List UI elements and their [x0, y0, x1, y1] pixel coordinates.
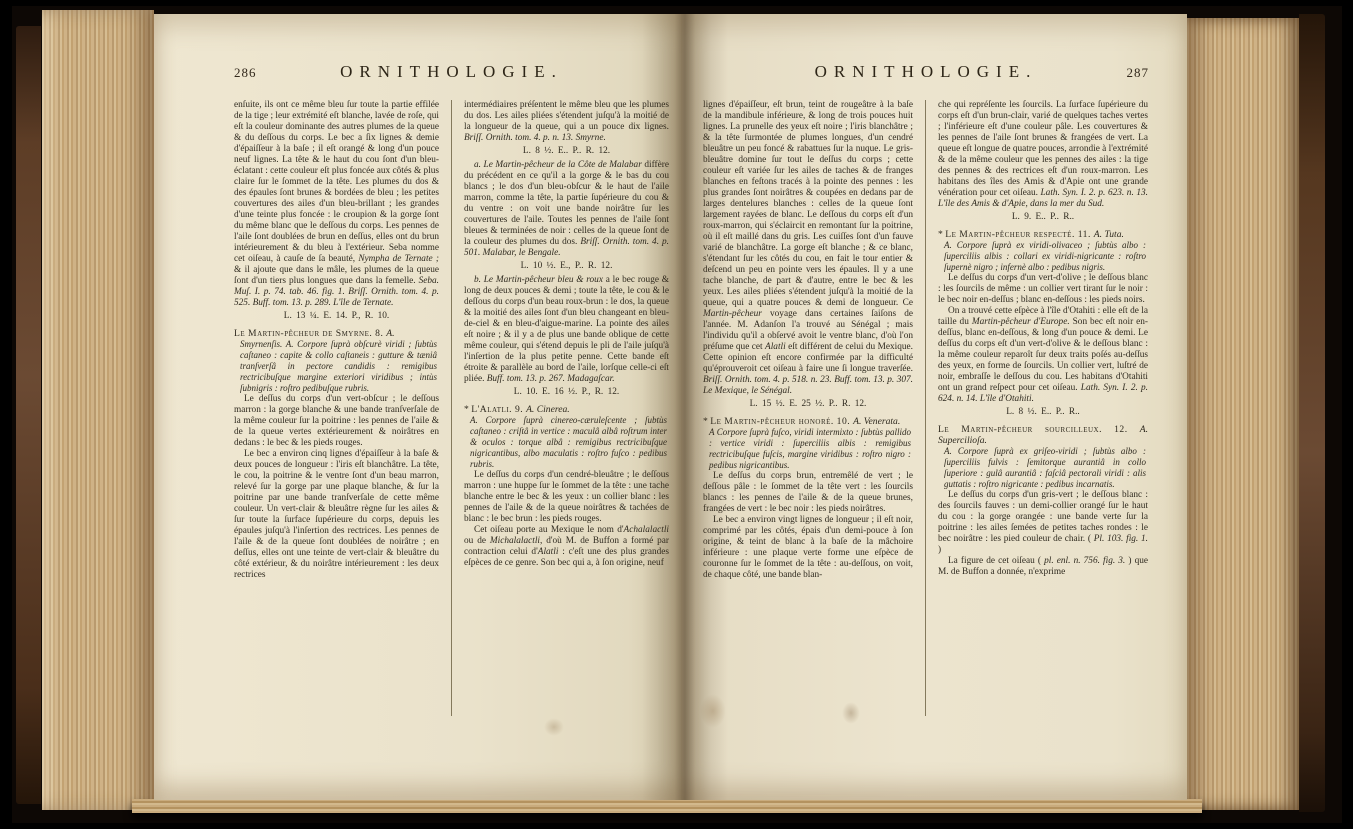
text-segment: a. Le Martin-pêcheur de la Côte de Malab… — [474, 160, 642, 170]
book: 286 ORNITHOLOGIE. enſuite, ils ont ce mê… — [12, 6, 1342, 823]
text-block-cont: che qui repréſente les ſourcils. La ſurf… — [938, 100, 1148, 210]
text-block-latin: Smyrnenſis. A. Corpore ſuprà obſcurè vir… — [240, 339, 437, 394]
text-segment: b. Le Martin-pêcheur bleu & roux — [474, 275, 603, 285]
text-segment: & il ajoute que dans le mâle, les plumes… — [234, 265, 439, 286]
text-column-1: enſuite, ils ont ce même bleu ſur toute … — [234, 100, 439, 716]
text-segment: diffère du précédent en ce qu'il a la go… — [464, 160, 669, 247]
text-segment: Le Martin-pêcheur de Smyrne. 8. — [234, 328, 386, 339]
text-segment: Smyrnenſis. A. Corpore ſuprà obſcurè vir… — [240, 339, 437, 393]
text-segment: Achalalactli — [624, 525, 669, 535]
text-segment: Le bec a environ cinq lignes d'épaiſſeur… — [234, 449, 439, 580]
text-block-body: On a trouvé cette eſpèce à l'île d'Otahi… — [938, 306, 1148, 405]
text-block-measure: L. 9. E.. P.. R.. — [938, 212, 1148, 223]
text-segment: Michalalactli — [490, 536, 540, 546]
text-segment: Le deſſus du corps d'un vert-d'olive ; l… — [938, 273, 1148, 305]
text-block-body: Le deſſus du corps d'un vert-d'olive ; l… — [938, 273, 1148, 306]
text-block-measure: L. 15 ½. E. 25 ½. P.. R. 12. — [703, 399, 913, 410]
text-segment: ) — [938, 545, 941, 555]
text-segment: a le bec rouge & long de deux pouces & d… — [464, 275, 669, 384]
text-block-measure: L. 10. E. 16 ½. P., R. 12. — [464, 387, 669, 398]
text-segment: pl. enl. n. 756. fig. 3. — [1044, 556, 1125, 566]
text-block-body: Le deſſus du corps brun, entremêlé de ve… — [703, 471, 913, 515]
text-segment: L. 8 ½. E.. P.. R. 12. — [523, 146, 610, 156]
text-block-latin: A. Corpore ſuprà ex griſeo-viridi ; ſubt… — [944, 446, 1146, 490]
text-block-body: Cet oiſeau porte au Mexique le nom d'Ach… — [464, 525, 669, 569]
text-segment: L. 13 ¼. E. 14. P., R. 10. — [284, 311, 389, 321]
text-segment: L. 10 ½. E., P.. R. 12. — [521, 261, 613, 271]
text-segment: che qui repréſente les ſourcils. La ſurf… — [938, 100, 1148, 198]
text-block-heading: * L'Alatli. 9. A. Cinerea. — [464, 404, 669, 415]
text-segment: Le Martin-pêcheur sourcilleux. 12. — [938, 424, 1140, 435]
text-segment: Le deſſus du corps brun, entremêlé de ve… — [703, 471, 913, 514]
text-block-heading: * Le Martin-pêcheur respecté. 11. A. Tut… — [938, 229, 1148, 240]
text-block-latin: A. Corpore ſuprà cinereo-cæruleſcente ; … — [470, 415, 667, 470]
page-number: 287 — [1127, 65, 1150, 81]
text-block-body: Le deſſus du corps d'un cendré-bleuâtre … — [464, 470, 669, 525]
text-segment: Alatli — [765, 342, 786, 352]
text-segment: A. Tuta. — [1094, 229, 1124, 240]
text-block-body: Le deſſus du corps d'un gris-vert ; le d… — [938, 490, 1148, 556]
text-segment: Nympha de Ternate ; — [358, 254, 439, 264]
text-segment: L'Alatli. 9. — [471, 404, 526, 415]
text-segment: intermédiaires préſentent le même bleu q… — [464, 100, 669, 132]
text-segment: Cet oiſeau porte au Mexique le nom d' — [474, 525, 624, 535]
text-block-cont: enſuite, ils ont ce même bleu ſur toute … — [234, 100, 439, 309]
text-block-heading: Le Martin-pêcheur sourcilleux. 12. A. Su… — [938, 424, 1148, 446]
text-block-measure: L. 8 ½. E.. P.. R.. — [938, 407, 1148, 418]
text-block-heading: * Le Martin-pêcheur honoré. 10. A. Vener… — [703, 416, 913, 427]
text-block-cont: lignes d'épaiſſeur, eſt brun, teint de r… — [703, 100, 913, 397]
text-segment: Briſſ. Ornith. tom. 4. p. 518. n. 23. Bu… — [703, 375, 913, 396]
text-segment: L. 15 ½. E. 25 ½. P.. R. 12. — [750, 399, 867, 409]
page-right: ORNITHOLOGIE. 287 lignes d'épaiſſeur, eſ… — [681, 14, 1187, 800]
text-segment: Le bec a environ vingt lignes de longueu… — [703, 515, 913, 580]
text-block-body: Le bec a environ vingt lignes de longueu… — [703, 515, 913, 581]
text-segment: Le deſſus du corps d'un cendré-bleuâtre … — [464, 470, 669, 524]
text-segment: La figure de cet oiſeau ( — [948, 556, 1044, 566]
text-block-body: Le deſſus du corps d'un vert-obſcur ; le… — [234, 394, 439, 449]
text-block-latin: A. Corpore ſuprà ex viridi-olivaceo ; ſu… — [944, 240, 1146, 273]
text-segment: Buff. tom. 13. p. 267. Madagaſcar. — [487, 374, 615, 384]
text-segment: Le deſſus du corps d'un vert-obſcur ; le… — [234, 394, 439, 448]
text-block-latin: A Corpore ſuprà fuſco, viridi intermixto… — [709, 427, 911, 471]
text-columns-right-page: lignes d'épaiſſeur, eſt brun, teint de r… — [703, 100, 1149, 716]
page-header-left: 286 ORNITHOLOGIE. — [234, 62, 669, 88]
text-segment: Martin-pêcheur d'Europe. — [972, 317, 1070, 327]
text-segment: A Corpore ſuprà fuſco, viridi intermixto… — [709, 427, 911, 470]
text-block-body: b. Le Martin-pêcheur bleu & roux a le be… — [464, 275, 669, 385]
text-segment: A. — [386, 328, 394, 339]
photo-background: { "colors": { "background": "#000000", "… — [0, 0, 1353, 829]
page-header-right: ORNITHOLOGIE. 287 — [703, 62, 1149, 88]
text-segment: ou de — [464, 536, 490, 546]
text-segment: A. Corpore ſuprà cinereo-cæruleſcente ; … — [470, 415, 667, 469]
text-segment: Le Martin-pêcheur respecté. 11. — [945, 229, 1094, 240]
text-segment: A. Corpore ſuprà ex griſeo-viridi ; ſubt… — [944, 446, 1146, 489]
running-title: ORNITHOLOGIE. — [234, 62, 669, 82]
text-segment: L. 8 ½. E.. P.. R.. — [1006, 407, 1080, 417]
text-block-measure: L. 13 ¼. E. 14. P., R. 10. — [234, 311, 439, 322]
text-segment: L. 9. E.. P.. R.. — [1012, 212, 1074, 222]
book-fore-edge-left — [42, 10, 154, 810]
book-cover-right — [1299, 14, 1325, 812]
text-column-2: intermédiaires préſentent le même bleu q… — [451, 100, 669, 716]
text-block-cont: intermédiaires préſentent le même bleu q… — [464, 100, 669, 144]
running-title: ORNITHOLOGIE. — [703, 62, 1149, 82]
text-block-body: Le bec a environ cinq lignes d'épaiſſeur… — [234, 449, 439, 581]
text-columns-left-page: enſuite, ils ont ce même bleu ſur toute … — [234, 100, 669, 716]
text-block-body: a. Le Martin-pêcheur de la Côte de Malab… — [464, 160, 669, 259]
text-segment: Son bec eſt noir en-deſſus, blanc en-deſ… — [938, 317, 1148, 393]
text-column-1: lignes d'épaiſſeur, eſt brun, teint de r… — [703, 100, 913, 716]
text-segment: A. Cinerea. — [526, 404, 570, 415]
book-cover-left — [16, 26, 41, 804]
text-block-body: La figure de cet oiſeau ( pl. enl. n. 75… — [938, 556, 1148, 578]
text-segment: lignes d'épaiſſeur, eſt brun, teint de r… — [703, 100, 913, 308]
text-block-measure: L. 10 ½. E., P.. R. 12. — [464, 261, 669, 272]
text-block-heading: Le Martin-pêcheur de Smyrne. 8. A. — [234, 328, 439, 339]
text-segment: A. Venerata. — [853, 416, 900, 427]
text-segment: Le Martin-pêcheur honoré. 10. — [710, 416, 853, 427]
book-bottom-page-edges — [132, 799, 1202, 813]
text-segment: L. 10. E. 16 ½. P., R. 12. — [514, 387, 619, 397]
page-left: 286 ORNITHOLOGIE. enſuite, ils ont ce mê… — [154, 14, 681, 800]
text-segment: enſuite, ils ont ce même bleu ſur toute … — [234, 100, 439, 264]
text-segment: Pl. 103. fig. 1. — [1094, 534, 1148, 544]
text-segment: Alatli — [538, 547, 559, 557]
text-column-2: che qui repréſente les ſourcils. La ſurf… — [925, 100, 1148, 716]
text-segment: Briſſ. Ornith. tom. 4. p. n. 13. Smyrne. — [464, 133, 606, 143]
text-segment: Martin-pêcheur — [703, 309, 762, 319]
book-fore-edge-right — [1187, 18, 1299, 810]
text-block-measure: L. 8 ½. E.. P.. R. 12. — [464, 146, 669, 157]
text-segment: A. Corpore ſuprà ex viridi-olivaceo ; ſu… — [944, 240, 1146, 272]
